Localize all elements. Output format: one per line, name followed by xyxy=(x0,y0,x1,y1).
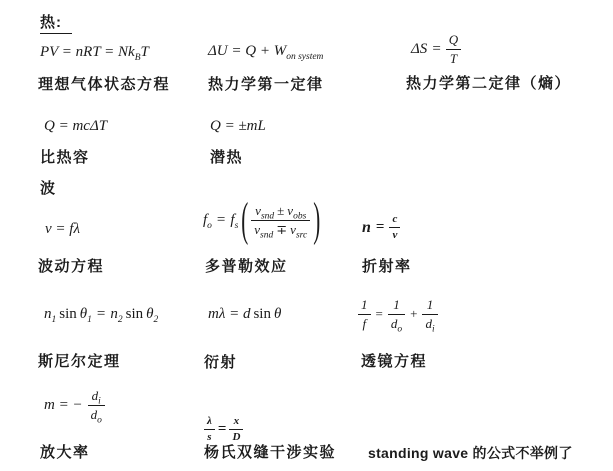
magnification-numerator: di xyxy=(88,388,105,406)
v-observer-sub: obs xyxy=(293,212,306,222)
refraction-fraction: c v xyxy=(389,213,400,242)
v-source-sub: src xyxy=(296,230,307,240)
entropy-lhs: ΔS xyxy=(411,41,427,58)
refraction-denominator: v xyxy=(389,228,400,242)
entropy-numerator: Q xyxy=(446,32,461,50)
diffraction-formula: mλ = dsinθ xyxy=(208,306,281,323)
plus-sign: + xyxy=(410,306,417,322)
ideal-gas-body: PV = nRT = Nk xyxy=(40,44,135,60)
lens-object-denominator: do xyxy=(388,315,405,332)
doppler-fraction: vsnd±vobs vsnd∓vsrc xyxy=(251,203,310,237)
snell-formula: n1sinθ1=n2sinθ2 xyxy=(44,306,158,323)
young-left-fraction: λ s xyxy=(204,415,215,444)
magnification-label: 放大率 xyxy=(40,441,90,462)
fringe-spacing-var: x xyxy=(229,415,243,430)
lens-focal-denominator: f xyxy=(358,315,371,332)
young-right-fraction: x D xyxy=(229,415,243,444)
refraction-numerator: c xyxy=(389,213,400,228)
refraction-lhs: n xyxy=(362,219,371,237)
latent-heat-label: 潜热 xyxy=(210,146,243,167)
doppler-f-source: fs xyxy=(230,212,238,229)
object-distance-sub: o xyxy=(97,415,102,425)
magnification-denominator: do xyxy=(88,406,105,423)
second-law-formula: ΔS = Q T xyxy=(411,32,461,66)
specific-heat-label: 比热容 xyxy=(40,146,90,167)
diffraction-lhs: mλ = d xyxy=(208,306,250,322)
diffraction-theta-var: θ xyxy=(274,306,281,322)
right-parenthesis: ) xyxy=(313,196,320,243)
snell-label: 斯尼尔定理 xyxy=(38,350,121,371)
lens-image-fraction: 1 di xyxy=(422,297,437,331)
standing-wave-note: standing wave 的公式不举例了 xyxy=(368,443,573,463)
snell-n1-var: n xyxy=(44,306,52,322)
minus-plus-sign: ∓ xyxy=(276,222,287,237)
refraction-label: 折射率 xyxy=(362,255,412,276)
work-subscript: on system xyxy=(286,52,323,62)
doppler-label: 多普勒效应 xyxy=(205,255,288,276)
doppler-numerator: vsnd±vobs xyxy=(251,203,310,221)
left-parenthesis: ( xyxy=(241,196,248,243)
lens-object-numerator: 1 xyxy=(388,297,405,315)
lens-label: 透镜方程 xyxy=(361,350,427,371)
sin-function: sin xyxy=(126,306,144,322)
v-sound-sub: snd xyxy=(260,230,273,240)
equals-sign: = xyxy=(218,421,227,438)
latent-heat-formula: Q = ±mL xyxy=(210,118,266,135)
lens-focal-numerator: 1 xyxy=(358,297,371,315)
ideal-gas-formula: PV = nRT = NkBT xyxy=(40,44,149,61)
object-distance-sub: o xyxy=(397,324,402,334)
specific-heat-formula: Q = mcΔT xyxy=(44,118,107,135)
ideal-gas-label: 理想气体状态方程 xyxy=(38,73,170,94)
snell-n2-sub: 2 xyxy=(118,315,123,325)
v-sound-sub: snd xyxy=(261,212,274,222)
first-law-formula: ΔU = Q + Won system xyxy=(208,43,323,60)
second-law-label: 热力学第二定律（熵） xyxy=(406,72,571,93)
lens-focal-fraction: 1 f xyxy=(358,297,371,331)
physics-formula-sheet: 热: PV = nRT = NkBT ΔU = Q + Won system Δ… xyxy=(0,0,613,471)
magnification-lhs: m = − xyxy=(44,397,83,414)
snell-n1-sub: 1 xyxy=(52,315,57,325)
heat-section-heading: 热: xyxy=(40,11,72,34)
equals-sign: = xyxy=(97,306,105,322)
lens-image-denominator: di xyxy=(422,315,437,332)
young-double-slit-label: 杨氏双缝干涉实验 xyxy=(204,441,336,462)
doppler-formula: fo = fs ( vsnd±vobs vsnd∓vsrc ) xyxy=(203,203,323,237)
snell-n2-var: n xyxy=(110,306,118,322)
wave-section-heading: 波 xyxy=(40,177,56,198)
magnification-fraction: di do xyxy=(88,388,105,422)
doppler-f-observed: fo xyxy=(203,212,212,229)
equals-sign: = xyxy=(217,212,225,229)
entropy-fraction: Q T xyxy=(446,32,461,66)
doppler-f-source-sub: s xyxy=(235,221,239,231)
plus-minus-sign: ± xyxy=(277,203,284,218)
sin-function: sin xyxy=(59,306,77,322)
wave-equation-label: 波动方程 xyxy=(38,255,104,276)
wave-equation-formula: v = fλ xyxy=(45,221,80,238)
magnification-formula: m = − di do xyxy=(44,388,105,422)
lens-formula: 1 f = 1 do + 1 di xyxy=(358,297,438,331)
sin-function: sin xyxy=(253,306,271,322)
snell-theta2-sub: 2 xyxy=(154,315,159,325)
equals-sign: = xyxy=(432,41,440,58)
entropy-denominator: T xyxy=(446,50,461,67)
young-formula: λ s = x D xyxy=(204,415,243,444)
lens-image-numerator: 1 xyxy=(422,297,437,315)
equals-sign: = xyxy=(376,219,385,236)
image-distance-sub: i xyxy=(98,397,101,407)
doppler-f-observed-sub: o xyxy=(207,221,212,231)
snell-theta2-var: θ xyxy=(146,306,153,322)
wavelength-var: λ xyxy=(204,415,215,430)
ideal-gas-tail: T xyxy=(141,44,149,60)
first-law-label: 热力学第一定律 xyxy=(208,73,324,94)
first-law-body: ΔU = Q + W xyxy=(208,43,286,59)
equals-sign: = xyxy=(376,306,383,322)
snell-theta1-sub: 1 xyxy=(87,315,92,325)
doppler-denominator: vsnd∓vsrc xyxy=(251,221,310,238)
lens-object-fraction: 1 do xyxy=(388,297,405,331)
diffraction-label: 衍射 xyxy=(204,351,237,372)
refraction-formula: n = c v xyxy=(362,213,400,242)
image-distance-sub: i xyxy=(432,324,435,334)
